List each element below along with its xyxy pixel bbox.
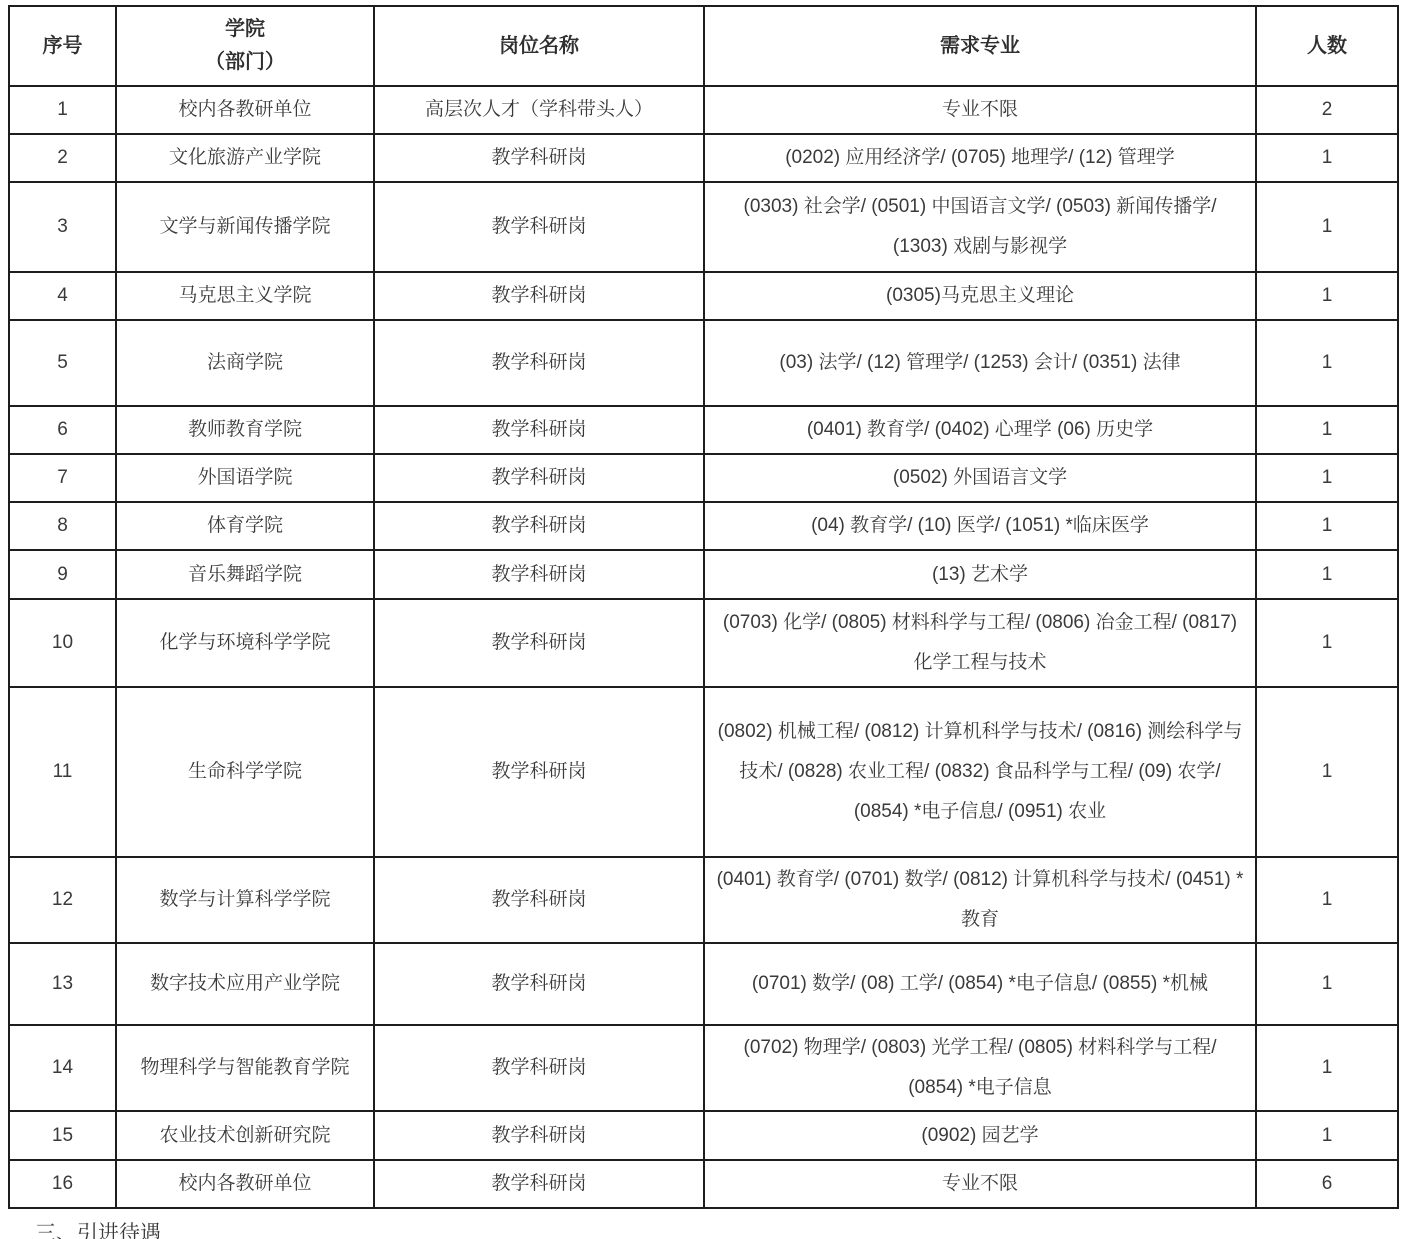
table-row: 16校内各教研单位教学科研岗专业不限6 bbox=[9, 1160, 1398, 1208]
header-row: 序号 学院 （部门） 岗位名称 需求专业 人数 bbox=[9, 6, 1398, 86]
cell-no: 15 bbox=[9, 1111, 116, 1160]
cell-majors: (0502) 外国语言文学 bbox=[704, 454, 1256, 502]
cell-college: 生命科学学院 bbox=[116, 687, 374, 857]
cell-position: 教学科研岗 bbox=[374, 599, 704, 687]
cell-majors: (0401) 教育学/ (0402) 心理学 (06) 历史学 bbox=[704, 406, 1256, 454]
header-college: 学院 （部门） bbox=[116, 6, 374, 86]
cell-no: 11 bbox=[9, 687, 116, 857]
cell-college: 法商学院 bbox=[116, 320, 374, 406]
cell-count: 1 bbox=[1256, 502, 1398, 550]
cell-college: 校内各教研单位 bbox=[116, 1160, 374, 1208]
table-row: 12数学与计算科学学院教学科研岗(0401) 教育学/ (0701) 数学/ (… bbox=[9, 857, 1398, 943]
cell-position: 教学科研岗 bbox=[374, 550, 704, 599]
cell-position: 教学科研岗 bbox=[374, 1111, 704, 1160]
cell-majors: 专业不限 bbox=[704, 1160, 1256, 1208]
cell-count: 1 bbox=[1256, 857, 1398, 943]
cell-position: 教学科研岗 bbox=[374, 502, 704, 550]
cell-count: 1 bbox=[1256, 1111, 1398, 1160]
cell-position: 教学科研岗 bbox=[374, 943, 704, 1025]
cell-count: 1 bbox=[1256, 550, 1398, 599]
cell-college: 马克思主义学院 bbox=[116, 272, 374, 320]
cell-no: 2 bbox=[9, 134, 116, 182]
cell-no: 4 bbox=[9, 272, 116, 320]
cell-no: 5 bbox=[9, 320, 116, 406]
header-no: 序号 bbox=[9, 6, 116, 86]
table-row: 5法商学院教学科研岗(03) 法学/ (12) 管理学/ (1253) 会计/ … bbox=[9, 320, 1398, 406]
cell-no: 9 bbox=[9, 550, 116, 599]
cell-college: 体育学院 bbox=[116, 502, 374, 550]
cell-count: 1 bbox=[1256, 182, 1398, 272]
cell-no: 1 bbox=[9, 86, 116, 134]
table-row: 14物理科学与智能教育学院教学科研岗(0702) 物理学/ (0803) 光学工… bbox=[9, 1025, 1398, 1111]
cell-majors: (0305)马克思主义理论 bbox=[704, 272, 1256, 320]
cell-no: 10 bbox=[9, 599, 116, 687]
cell-majors: (0401) 教育学/ (0701) 数学/ (0812) 计算机科学与技术/ … bbox=[704, 857, 1256, 943]
cell-count: 1 bbox=[1256, 599, 1398, 687]
table-header: 序号 学院 （部门） 岗位名称 需求专业 人数 bbox=[9, 6, 1398, 86]
cell-majors: (13) 艺术学 bbox=[704, 550, 1256, 599]
cell-count: 1 bbox=[1256, 134, 1398, 182]
cell-majors: 专业不限 bbox=[704, 86, 1256, 134]
table-row: 8体育学院教学科研岗(04) 教育学/ (10) 医学/ (1051) *临床医… bbox=[9, 502, 1398, 550]
table-row: 15农业技术创新研究院教学科研岗(0902) 园艺学1 bbox=[9, 1111, 1398, 1160]
header-position: 岗位名称 bbox=[374, 6, 704, 86]
cell-count: 1 bbox=[1256, 687, 1398, 857]
cell-position: 教学科研岗 bbox=[374, 454, 704, 502]
cell-no: 13 bbox=[9, 943, 116, 1025]
cell-majors: (0701) 数学/ (08) 工学/ (0854) *电子信息/ (0855)… bbox=[704, 943, 1256, 1025]
section-title: 三、引进待遇 bbox=[35, 1221, 1414, 1239]
cell-position: 教学科研岗 bbox=[374, 1025, 704, 1111]
recruitment-table-section: 序号 学院 （部门） 岗位名称 需求专业 人数 1校内各教研单位高层次人才（学科… bbox=[0, 0, 1414, 1209]
header-count: 人数 bbox=[1256, 6, 1398, 86]
cell-majors: (0902) 园艺学 bbox=[704, 1111, 1256, 1160]
cell-college: 物理科学与智能教育学院 bbox=[116, 1025, 374, 1111]
cell-count: 1 bbox=[1256, 320, 1398, 406]
cell-position: 教学科研岗 bbox=[374, 134, 704, 182]
cell-college: 农业技术创新研究院 bbox=[116, 1111, 374, 1160]
cell-position: 教学科研岗 bbox=[374, 857, 704, 943]
cell-college: 数字技术应用产业学院 bbox=[116, 943, 374, 1025]
cell-no: 7 bbox=[9, 454, 116, 502]
cell-no: 8 bbox=[9, 502, 116, 550]
table-row: 1校内各教研单位高层次人才（学科带头人）专业不限2 bbox=[9, 86, 1398, 134]
cell-college: 化学与环境科学学院 bbox=[116, 599, 374, 687]
header-college-line1: 学院 bbox=[121, 13, 369, 46]
cell-college: 校内各教研单位 bbox=[116, 86, 374, 134]
cell-college: 文学与新闻传播学院 bbox=[116, 182, 374, 272]
cell-majors: (0303) 社会学/ (0501) 中国语言文学/ (0503) 新闻传播学/… bbox=[704, 182, 1256, 272]
cell-count: 1 bbox=[1256, 1025, 1398, 1111]
cell-count: 1 bbox=[1256, 272, 1398, 320]
cell-position: 教学科研岗 bbox=[374, 406, 704, 454]
cell-position: 高层次人才（学科带头人） bbox=[374, 86, 704, 134]
cell-college: 文化旅游产业学院 bbox=[116, 134, 374, 182]
cell-position: 教学科研岗 bbox=[374, 687, 704, 857]
cell-no: 6 bbox=[9, 406, 116, 454]
cell-no: 3 bbox=[9, 182, 116, 272]
cell-count: 1 bbox=[1256, 943, 1398, 1025]
table-row: 11生命科学学院教学科研岗(0802) 机械工程/ (0812) 计算机科学与技… bbox=[9, 687, 1398, 857]
cell-count: 6 bbox=[1256, 1160, 1398, 1208]
table-body: 1校内各教研单位高层次人才（学科带头人）专业不限22文化旅游产业学院教学科研岗(… bbox=[9, 86, 1398, 1208]
cell-majors: (0702) 物理学/ (0803) 光学工程/ (0805) 材料科学与工程/… bbox=[704, 1025, 1256, 1111]
cell-no: 14 bbox=[9, 1025, 116, 1111]
table-row: 2文化旅游产业学院教学科研岗(0202) 应用经济学/ (0705) 地理学/ … bbox=[9, 134, 1398, 182]
table-row: 6教师教育学院教学科研岗(0401) 教育学/ (0402) 心理学 (06) … bbox=[9, 406, 1398, 454]
table-row: 7外国语学院教学科研岗(0502) 外国语言文学1 bbox=[9, 454, 1398, 502]
cell-count: 1 bbox=[1256, 454, 1398, 502]
cell-position: 教学科研岗 bbox=[374, 272, 704, 320]
cell-majors: (03) 法学/ (12) 管理学/ (1253) 会计/ (0351) 法律 bbox=[704, 320, 1256, 406]
table-row: 4马克思主义学院教学科研岗(0305)马克思主义理论1 bbox=[9, 272, 1398, 320]
cell-college: 教师教育学院 bbox=[116, 406, 374, 454]
cell-position: 教学科研岗 bbox=[374, 320, 704, 406]
table-row: 3文学与新闻传播学院教学科研岗(0303) 社会学/ (0501) 中国语言文学… bbox=[9, 182, 1398, 272]
table-row: 9音乐舞蹈学院教学科研岗(13) 艺术学1 bbox=[9, 550, 1398, 599]
cell-position: 教学科研岗 bbox=[374, 1160, 704, 1208]
cell-college: 外国语学院 bbox=[116, 454, 374, 502]
table-row: 13数字技术应用产业学院教学科研岗(0701) 数学/ (08) 工学/ (08… bbox=[9, 943, 1398, 1025]
cell-college: 音乐舞蹈学院 bbox=[116, 550, 374, 599]
header-majors: 需求专业 bbox=[704, 6, 1256, 86]
cell-majors: (0802) 机械工程/ (0812) 计算机科学与技术/ (0816) 测绘科… bbox=[704, 687, 1256, 857]
cell-count: 1 bbox=[1256, 406, 1398, 454]
cell-count: 2 bbox=[1256, 86, 1398, 134]
cell-position: 教学科研岗 bbox=[374, 182, 704, 272]
cell-no: 12 bbox=[9, 857, 116, 943]
header-college-line2: （部门） bbox=[121, 46, 369, 79]
cell-no: 16 bbox=[9, 1160, 116, 1208]
cell-majors: (0202) 应用经济学/ (0705) 地理学/ (12) 管理学 bbox=[704, 134, 1256, 182]
table-row: 10化学与环境科学学院教学科研岗(0703) 化学/ (0805) 材料科学与工… bbox=[9, 599, 1398, 687]
recruitment-table: 序号 学院 （部门） 岗位名称 需求专业 人数 1校内各教研单位高层次人才（学科… bbox=[8, 5, 1399, 1209]
cell-majors: (04) 教育学/ (10) 医学/ (1051) *临床医学 bbox=[704, 502, 1256, 550]
cell-majors: (0703) 化学/ (0805) 材料科学与工程/ (0806) 冶金工程/ … bbox=[704, 599, 1256, 687]
cell-college: 数学与计算科学学院 bbox=[116, 857, 374, 943]
